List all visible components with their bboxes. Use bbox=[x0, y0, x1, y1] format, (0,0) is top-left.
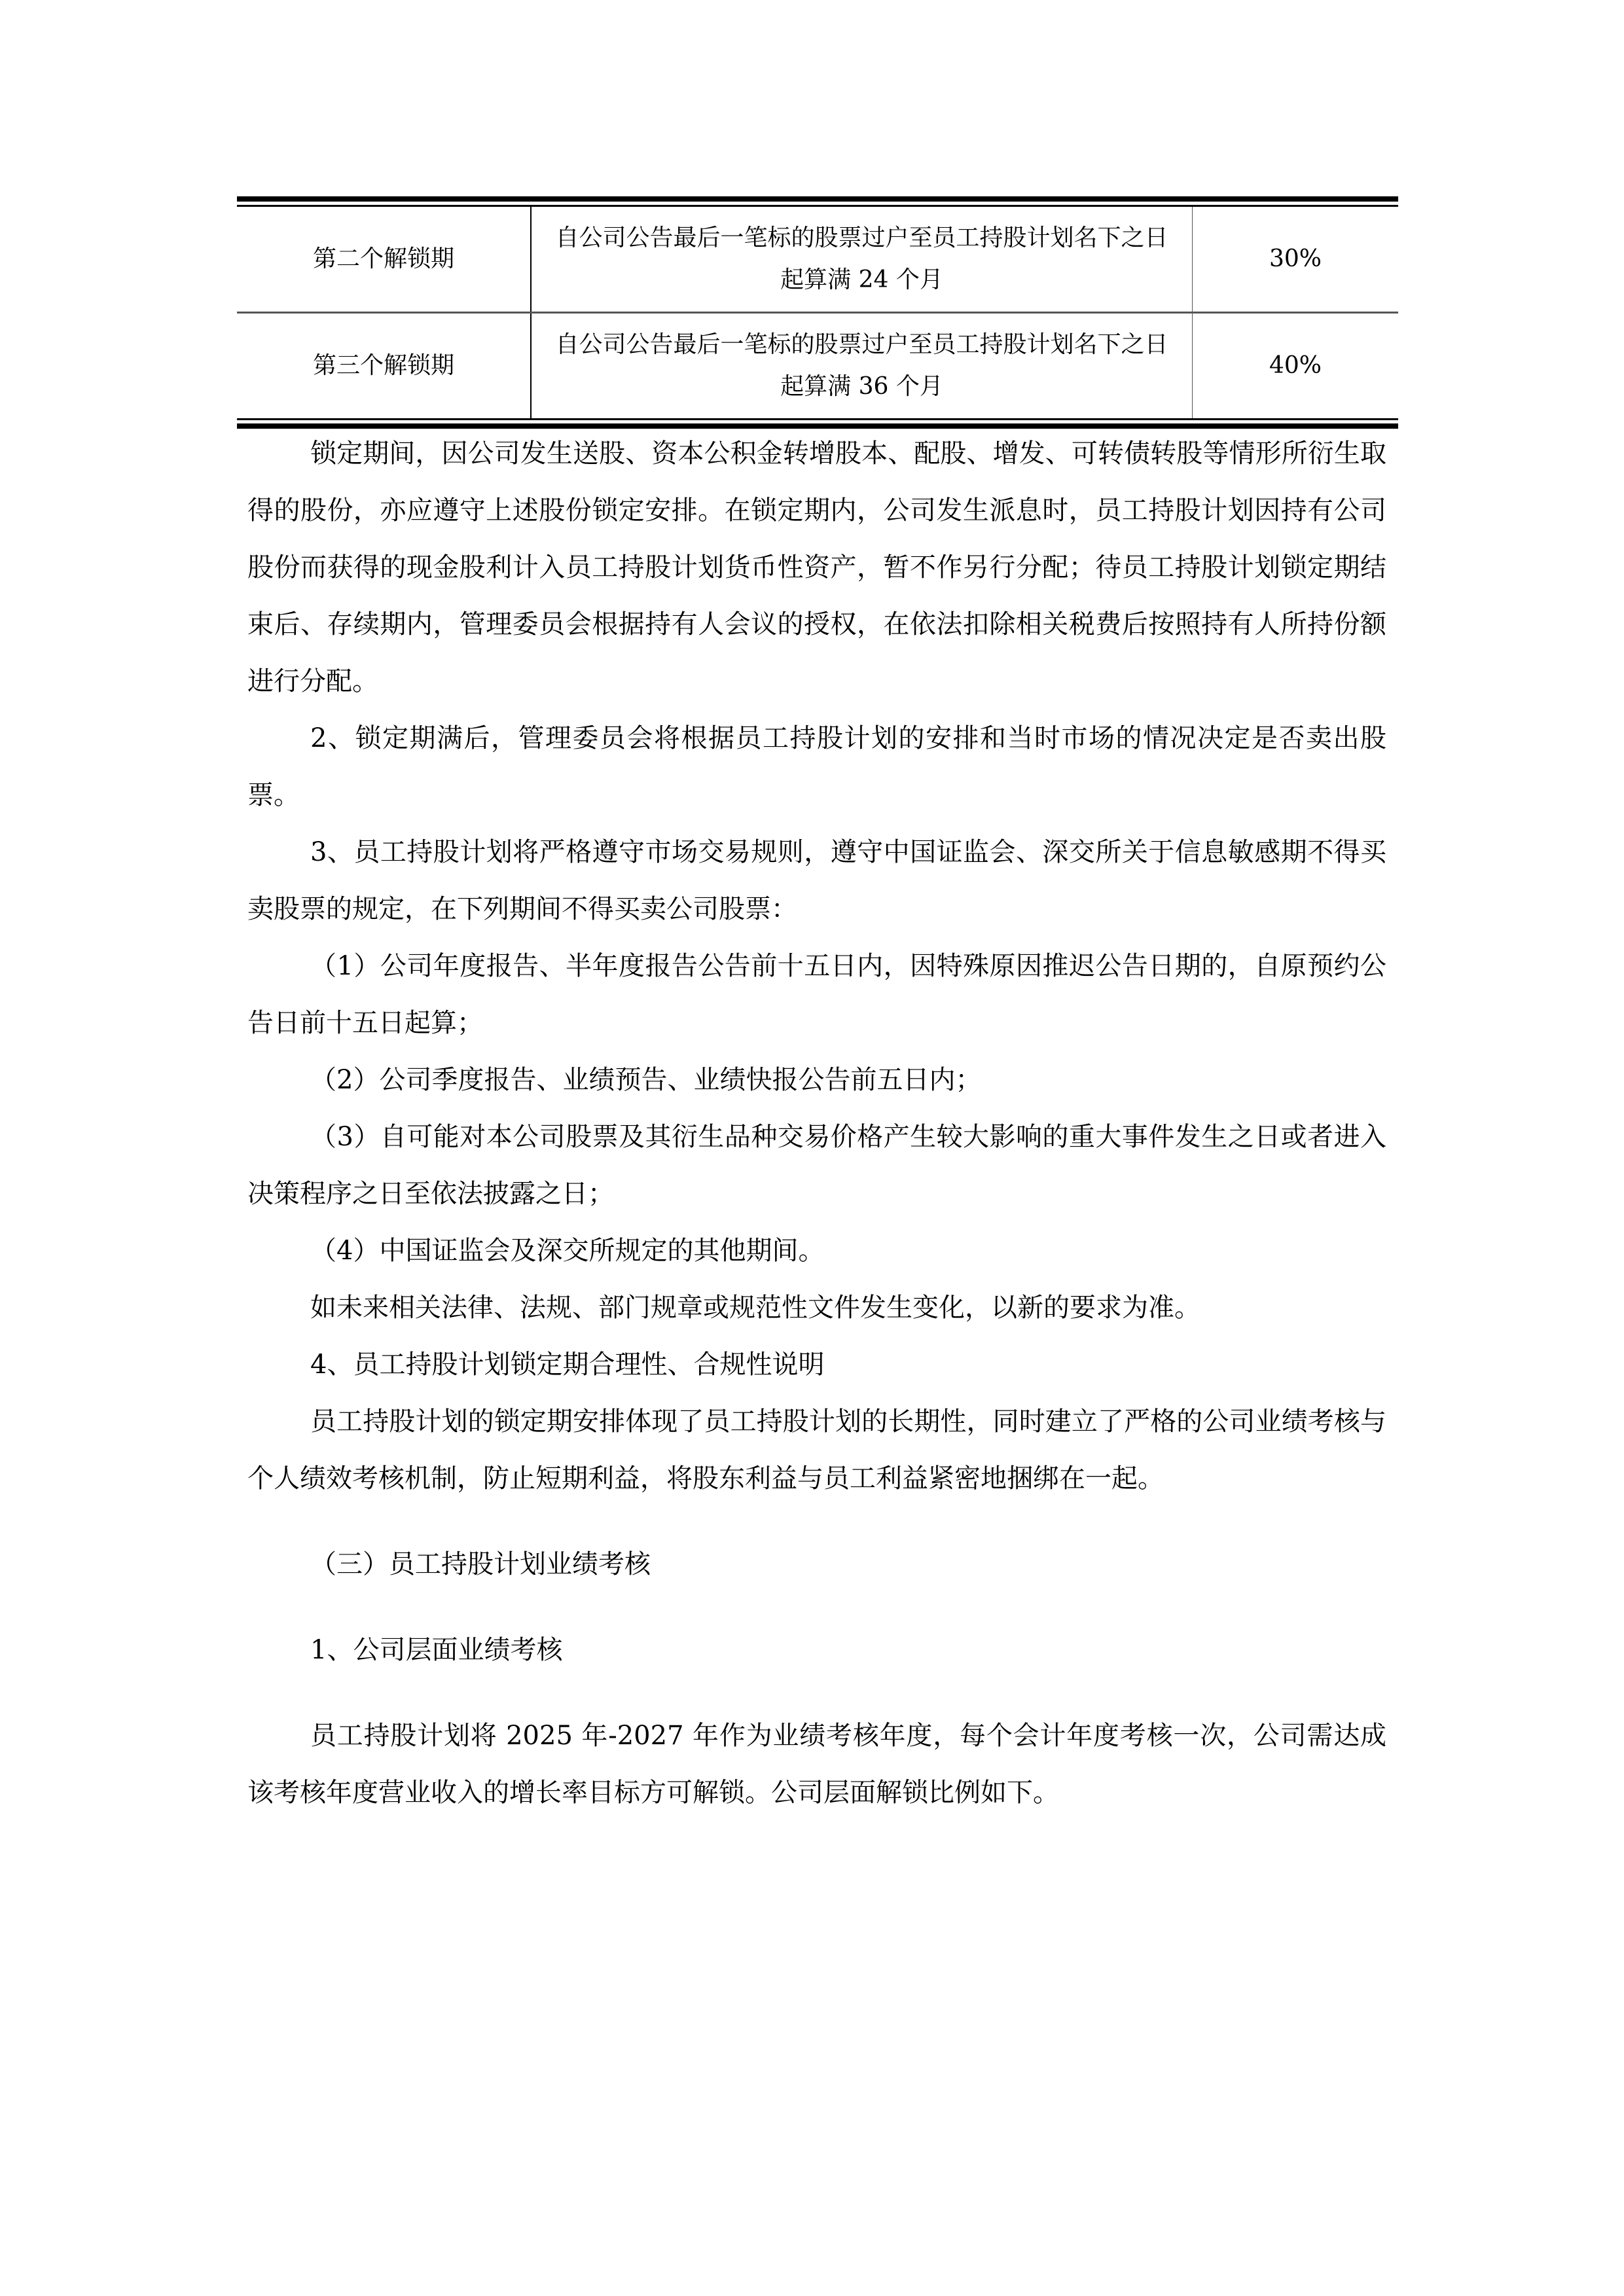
section-heading-company-level-review: 1、公司层面业绩考核 bbox=[247, 1622, 1386, 1679]
list-item-restricted-period-1: （1）公司年度报告、半年度报告公告前十五日内，因特殊原因推迟公告日期的，自原预约… bbox=[247, 938, 1386, 1052]
list-item-restricted-period-2: （2）公司季度报告、业绩预告、业绩快报公告前五日内； bbox=[247, 1052, 1386, 1109]
paragraph-company-level-review: 员工持股计划将 2025 年-2027 年作为业绩考核年度，每个会计年度考核一次… bbox=[247, 1708, 1386, 1821]
table-top-rule bbox=[237, 196, 1398, 207]
table-row: 第三个解锁期 自公司公告最后一笔标的股票过户至员工持股计划名下之日起算满 36 … bbox=[237, 312, 1398, 418]
paragraph-lock-period-derived-shares: 锁定期间，因公司发生送股、资本公积金转增股本、配股、增发、可转债转股等情形所衍生… bbox=[247, 425, 1386, 710]
paragraph-trading-rules: 3、员工持股计划将严格遵守市场交易规则，遵守中国证监会、深交所关于信息敏感期不得… bbox=[247, 824, 1386, 938]
document-body: 锁定期间，因公司发生送股、资本公积金转增股本、配股、增发、可转债转股等情形所衍生… bbox=[247, 425, 1386, 1821]
unlock-period-table: 第二个解锁期 自公司公告最后一笔标的股票过户至员工持股计划名下之日起算满 24 … bbox=[237, 196, 1398, 429]
list-item-restricted-period-3: （3）自可能对本公司股票及其衍生品种交易价格产生较大影响的重大事件发生之日或者进… bbox=[247, 1109, 1386, 1223]
period-cell: 第三个解锁期 bbox=[237, 314, 532, 418]
list-item-restricted-period-4: （4）中国证监会及深交所规定的其他期间。 bbox=[247, 1223, 1386, 1280]
condition-cell: 自公司公告最后一笔标的股票过户至员工持股计划名下之日起算满 24 个月 bbox=[532, 207, 1193, 312]
ratio-cell: 30% bbox=[1193, 207, 1398, 312]
table-row: 第二个解锁期 自公司公告最后一笔标的股票过户至员工持股计划名下之日起算满 24 … bbox=[237, 207, 1398, 312]
paragraph-after-lock-period: 2、锁定期满后，管理委员会将根据员工持股计划的安排和当时市场的情况决定是否卖出股… bbox=[247, 710, 1386, 824]
period-cell: 第二个解锁期 bbox=[237, 207, 532, 312]
section-heading-performance-review: （三）员工持股计划业绩考核 bbox=[247, 1536, 1386, 1593]
section-heading-lock-rationale: 4、员工持股计划锁定期合理性、合规性说明 bbox=[247, 1336, 1386, 1393]
condition-cell: 自公司公告最后一笔标的股票过户至员工持股计划名下之日起算满 36 个月 bbox=[532, 314, 1193, 418]
ratio-cell: 40% bbox=[1193, 314, 1398, 418]
paragraph-law-changes: 如未来相关法律、法规、部门规章或规范性文件发生变化，以新的要求为准。 bbox=[247, 1280, 1386, 1336]
paragraph-lock-rationale: 员工持股计划的锁定期安排体现了员工持股计划的长期性，同时建立了严格的公司业绩考核… bbox=[247, 1393, 1386, 1507]
document-page: 第二个解锁期 自公司公告最后一笔标的股票过户至员工持股计划名下之日起算满 24 … bbox=[0, 0, 1624, 2296]
